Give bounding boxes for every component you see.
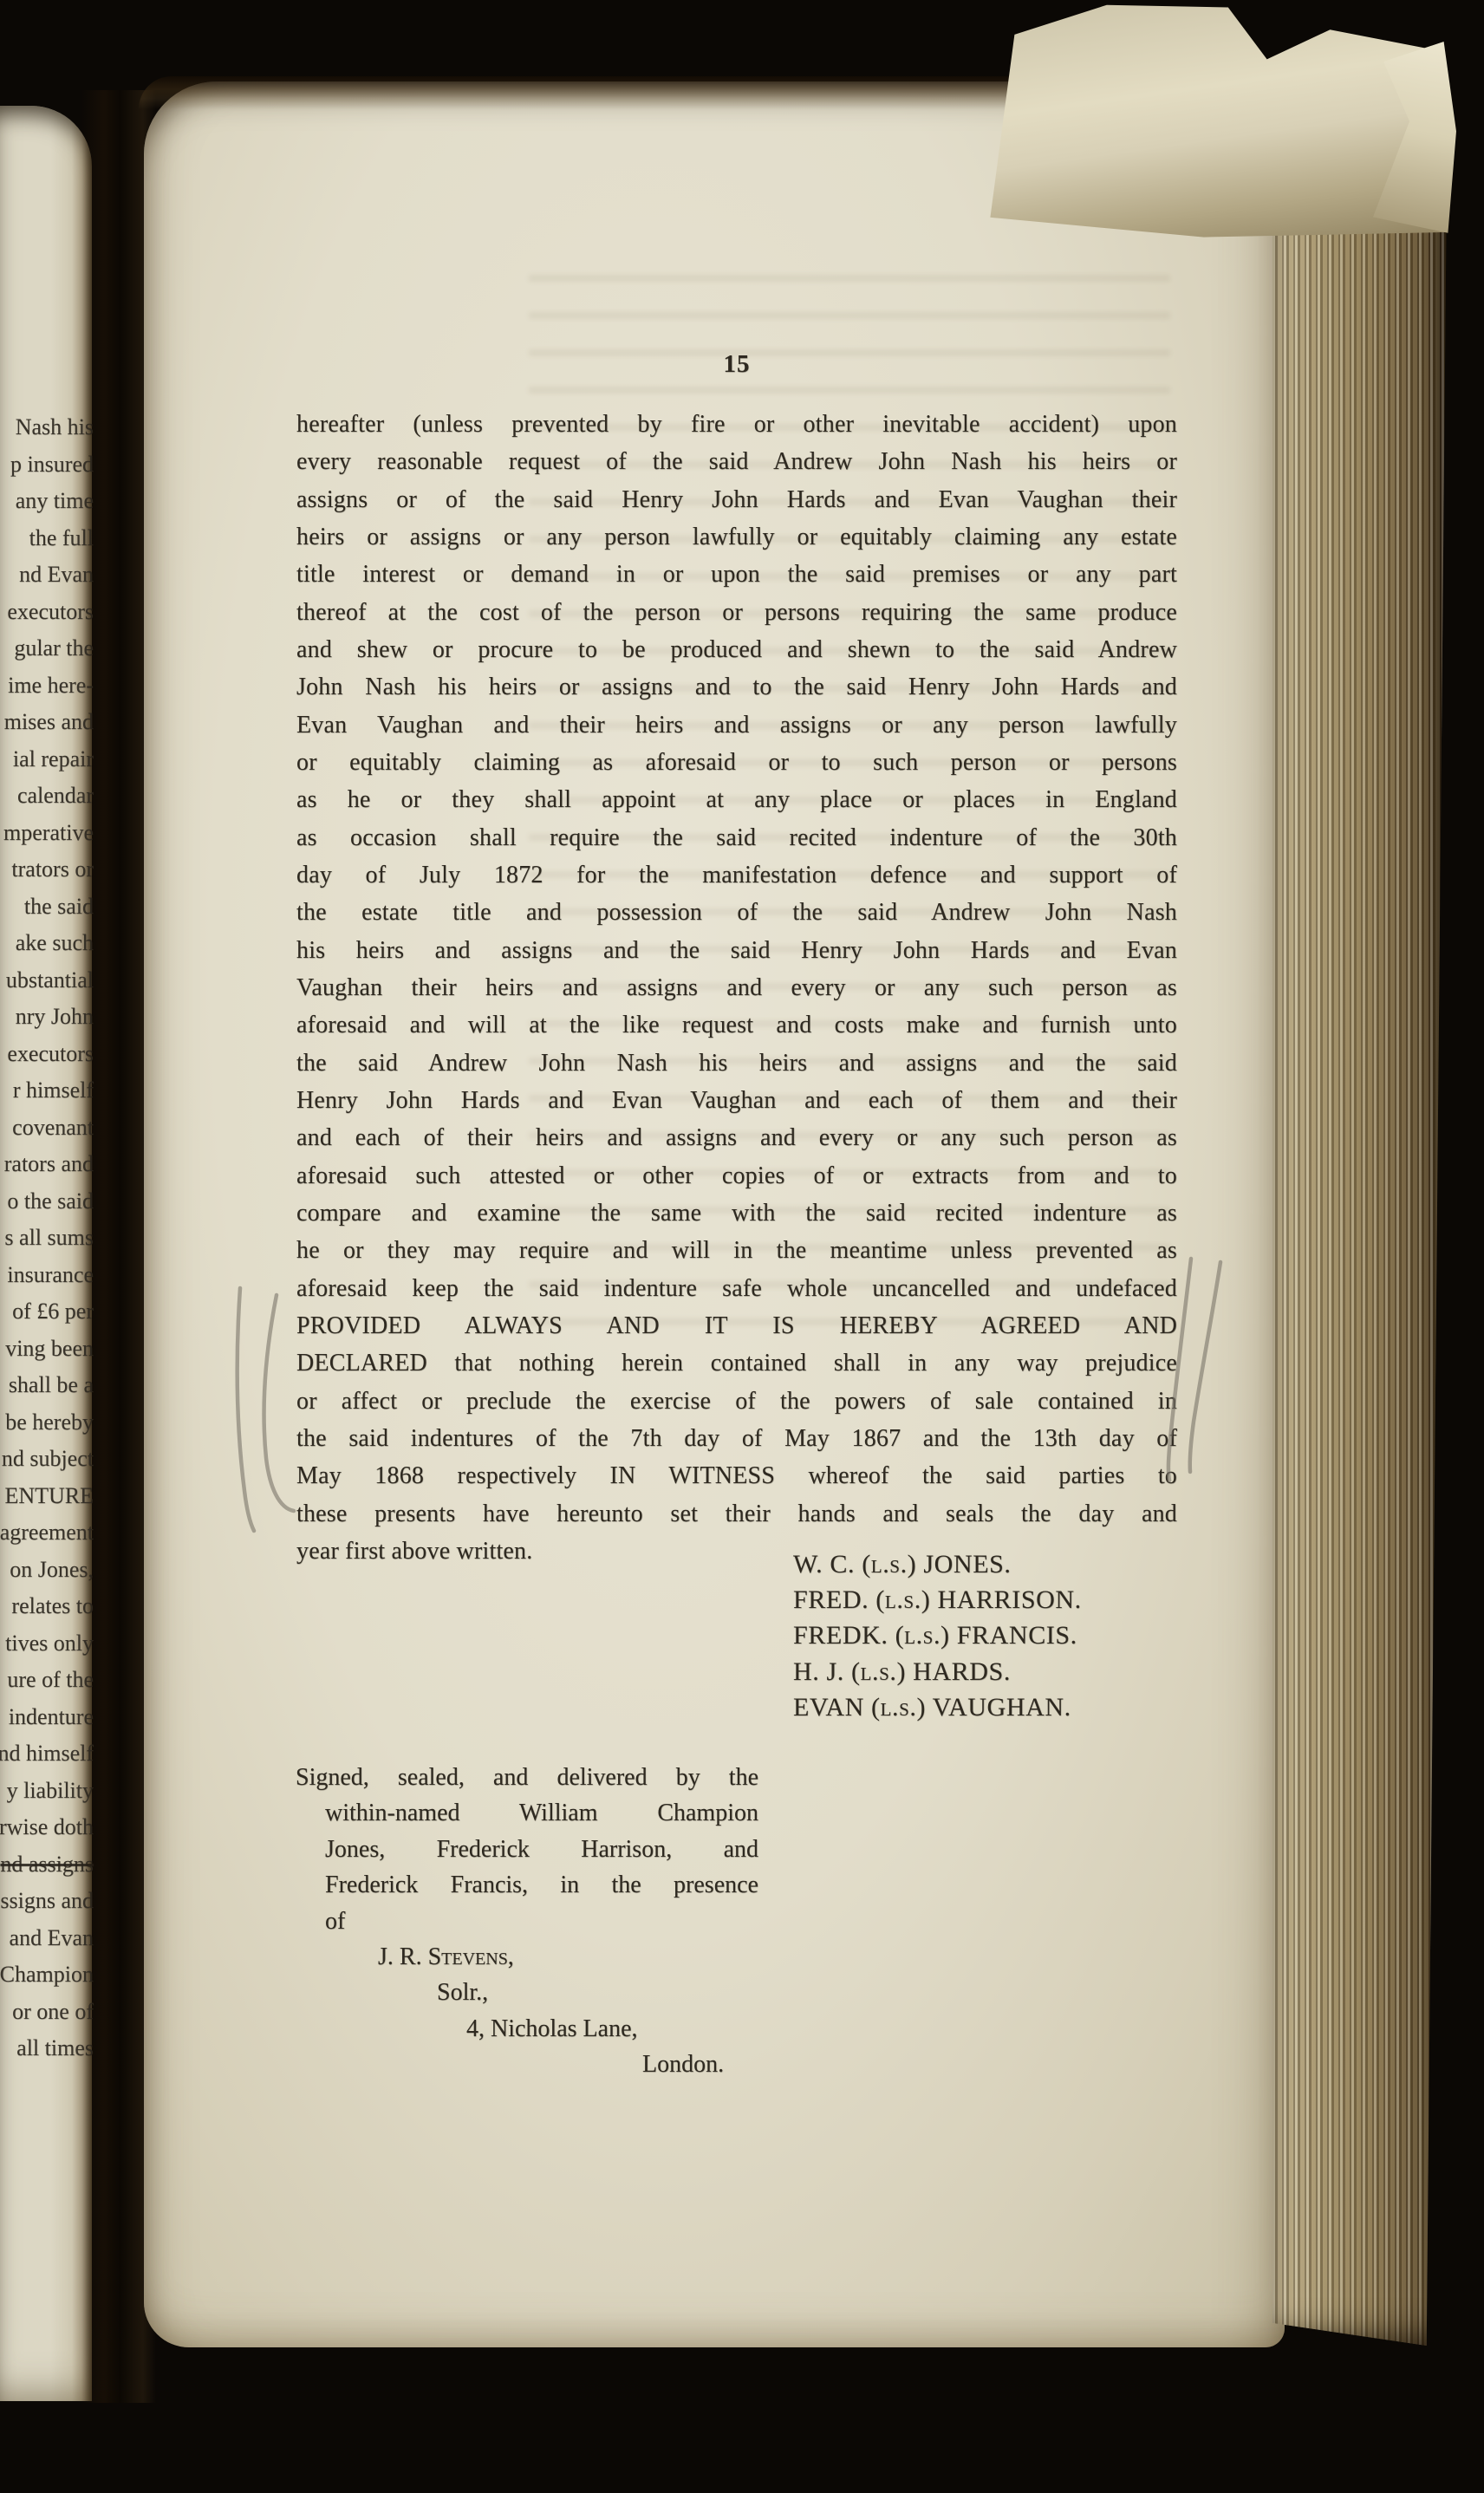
margin-line: indenture (0, 1699, 94, 1736)
margin-line: any time (0, 483, 94, 520)
margin-line: Champion (0, 1956, 94, 1994)
margin-line: nd assigns (0, 1846, 94, 1884)
body-line: as occasion shall require the said recit… (296, 819, 1177, 856)
signatory-surname: HARRISON. (938, 1585, 1082, 1614)
margin-line: rators and (0, 1146, 94, 1183)
body-line: the said indentures of the 7th day of Ma… (296, 1420, 1177, 1457)
margin-line: nd Evan (0, 557, 94, 594)
margin-line: ure of the (0, 1662, 94, 1699)
signatory-surname: HARDS. (913, 1657, 1011, 1686)
witness-name: J. R. Stevens, (296, 1939, 758, 1975)
body-line: Henry John Hards and Evan Vaughan and ea… (296, 1082, 1177, 1119)
margin-line: calendar (0, 778, 94, 815)
seal-mark: (l.s.) (875, 1585, 930, 1614)
signatory-given: FRED. (793, 1585, 869, 1614)
margin-line: s all sums (0, 1220, 94, 1257)
body-line: the estate title and possession of the s… (296, 894, 1177, 931)
margin-line: ENTURE (0, 1478, 94, 1515)
margin-line: the said (0, 888, 94, 926)
signatory-given: FREDK. (793, 1621, 888, 1650)
signatory-surname: JONES. (923, 1550, 1011, 1578)
body-line: heirs or assigns or any person lawfully … (296, 518, 1177, 556)
body-text: hereafter (unless prevented by fire or o… (296, 406, 1177, 1570)
margin-line: relates to (0, 1588, 94, 1625)
body-line: PROVIDED ALWAYS AND IT IS HEREBY AGREED … (296, 1307, 1177, 1344)
margin-line: trators or (0, 851, 94, 888)
seal-mark: (l.s.) (871, 1693, 926, 1722)
signatory-given: W. C. (793, 1550, 855, 1578)
margin-line: executors (0, 594, 94, 631)
body-line: compare and examine the same with the sa… (296, 1194, 1177, 1232)
margin-line: all times (0, 2030, 94, 2067)
signatory-given: H. J. (793, 1657, 844, 1686)
body-line: his heirs and assigns and the said Henry… (296, 932, 1177, 969)
body-line: he or they may require and will in the m… (296, 1232, 1177, 1269)
witness-initials: J. R. (378, 1943, 428, 1970)
body-line: John Nash his heirs or assigns and to th… (296, 668, 1177, 706)
body-line: every reasonable request of the said And… (296, 443, 1177, 480)
margin-line: nd subject (0, 1441, 94, 1478)
body-line: as he or they shall appoint at any place… (296, 781, 1177, 818)
page-number: 15 (296, 350, 1177, 379)
margin-line: insurance (0, 1257, 94, 1294)
margin-line: ving been (0, 1331, 94, 1368)
signature-line: EVAN (l.s.) VAUGHAN. (793, 1689, 1082, 1725)
body-line: and each of their heirs and assigns and … (296, 1119, 1177, 1156)
body-line: aforesaid keep the said indenture safe w… (296, 1270, 1177, 1307)
margin-line: o the said (0, 1183, 94, 1220)
body-line: day of July 1872 for the manifestation d… (296, 856, 1177, 894)
margin-line: executors (0, 1036, 94, 1073)
margin-line: the full (0, 520, 94, 557)
margin-line: shall be a (0, 1367, 94, 1404)
margin-line: covenant (0, 1110, 94, 1147)
margin-line: ial repair (0, 741, 94, 778)
body-line: aforesaid such attested or other copies … (296, 1157, 1177, 1194)
margin-line: ubstantial (0, 962, 94, 999)
margin-line: mises and (0, 704, 94, 741)
margin-fragments: Nash hisp insuredany timethe fullnd Evan… (0, 409, 94, 2067)
body-line: DECLARED that nothing herein contained s… (296, 1344, 1177, 1382)
attestation-line: Jones, Frederick Harrison, and (296, 1832, 758, 1867)
attestation-line: Frederick Francis, in the presence (296, 1867, 758, 1903)
margin-line: rwise doth (0, 1809, 94, 1846)
margin-line: Nash his (0, 409, 94, 446)
seal-mark: (l.s.) (851, 1657, 906, 1686)
attestation-block: Signed, sealed, and delivered by the wit… (296, 1760, 758, 2083)
body-line: and shew or procure to be produced and s… (296, 631, 1177, 668)
body-line: Vaughan their heirs and assigns and ever… (296, 969, 1177, 1006)
signature-line: FRED. (l.s.) HARRISON. (793, 1582, 1082, 1618)
witness-city: London. (296, 2047, 758, 2082)
margin-line: nry John (0, 999, 94, 1036)
margin-line: of £6 per (0, 1293, 94, 1331)
seal-mark: (l.s.) (895, 1621, 950, 1650)
margin-line: ake such (0, 925, 94, 962)
signature-line: FREDK. (l.s.) FRANCIS. (793, 1618, 1082, 1653)
attestation-line: Signed, sealed, and delivered by the (296, 1760, 758, 1795)
margin-line: gular the (0, 630, 94, 667)
body-line: assigns or of the said Henry John Hards … (296, 481, 1177, 518)
witness-role: Solr., (296, 1975, 758, 2010)
witness-surname: Stevens, (428, 1943, 514, 1970)
body-line: the said Andrew John Nash his heirs and … (296, 1045, 1177, 1082)
margin-line: nd himself (0, 1735, 94, 1773)
margin-line: tives only (0, 1625, 94, 1663)
signatory-surname: FRANCIS. (957, 1621, 1077, 1650)
margin-line: r himself (0, 1072, 94, 1110)
signature-line: H. J. (l.s.) HARDS. (793, 1654, 1082, 1689)
fore-edge-stack (1272, 78, 1448, 2346)
margin-line: and Evan (0, 1920, 94, 1957)
margin-line: or one of (0, 1994, 94, 2031)
attestation-line: of (296, 1904, 758, 1939)
margin-line: agreement (0, 1514, 94, 1552)
attestation-line: within-named William Champion (296, 1795, 758, 1831)
body-line: Evan Vaughan and their heirs and assigns… (296, 706, 1177, 744)
margin-line: ime here- (0, 667, 94, 705)
margin-line: y liability (0, 1773, 94, 1810)
body-line: May 1868 respectively IN WITNESS whereof… (296, 1457, 1177, 1494)
witness-address: 4, Nicholas Lane, (296, 2011, 758, 2047)
body-line: title interest or demand in or upon the … (296, 556, 1177, 593)
margin-line: mperative (0, 815, 94, 852)
margin-line: be hereby (0, 1404, 94, 1442)
body-line: aforesaid and will at the like request a… (296, 1006, 1177, 1044)
signatory-given: EVAN (793, 1693, 864, 1722)
margin-line: p insured (0, 446, 94, 484)
body-line: these presents have hereunto set their h… (296, 1495, 1177, 1533)
signature-line: W. C. (l.s.) JONES. (793, 1546, 1082, 1582)
seal-mark: (l.s.) (862, 1550, 916, 1578)
margin-line: on Jones, (0, 1552, 94, 1589)
signatory-surname: VAUGHAN. (933, 1693, 1071, 1722)
signature-block: W. C. (l.s.) JONES. FRED. (l.s.) HARRISO… (793, 1546, 1082, 1725)
body-line: or equitably claiming as aforesaid or to… (296, 744, 1177, 781)
margin-line: ssigns and (0, 1883, 94, 1920)
body-line: or affect or preclude the exercise of th… (296, 1383, 1177, 1420)
body-line: thereof at the cost of the person or per… (296, 594, 1177, 631)
body-line: hereafter (unless prevented by fire or o… (296, 406, 1177, 443)
book-photo: Nash hisp insuredany timethe fullnd Evan… (0, 0, 1484, 2493)
